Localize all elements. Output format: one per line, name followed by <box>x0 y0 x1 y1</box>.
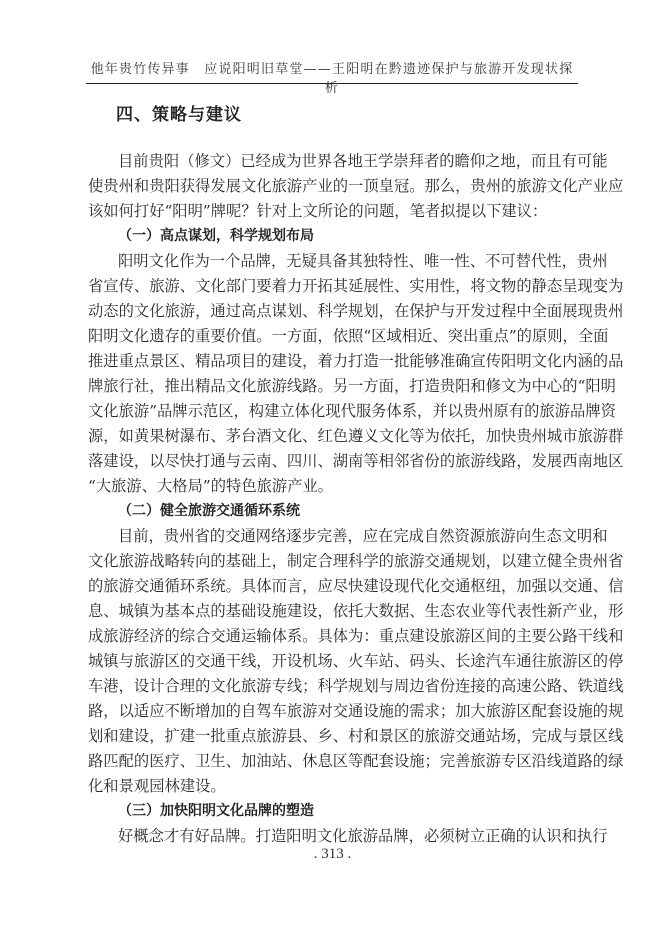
section-title: 四、策略与建议 <box>116 100 242 125</box>
paragraph-line: 源，如黄果树瀑布、茅台酒文化、红色遵义文化等为依托，加快贵州城市旅游群 <box>88 424 578 449</box>
paragraph-line: 文化旅游”品牌示范区，构建立体化现代服务体系，并以贵州原有的旅游品牌资 <box>88 399 578 424</box>
subsection-heading-3: （三）加快阳明文化品牌的塑造 <box>88 799 578 824</box>
paragraph-line: 车港，设计合理的文化旅游专线；科学规划与周边省份连接的高速公路、铁道线 <box>88 674 578 699</box>
paragraph-line: 目前贵阳（修文）已经成为世界各地王学崇拜者的瞻仰之地，而且有可能 <box>88 149 578 174</box>
paragraph-line: “大旅游、大格局”的特色旅游产业。 <box>88 474 578 499</box>
paragraph-line: 息、城镇为基本点的基础设施建设，依托大数据、生态农业等代表性新产业，形 <box>88 599 578 624</box>
subsection-heading-2: （二）健全旅游交通循环系统 <box>88 499 578 524</box>
header-divider <box>86 83 578 84</box>
paragraph-line: 阳明文化遗存的重要价值。一方面，依照“区域相近、突出重点”的原则，全面 <box>88 324 578 349</box>
paragraph-line: 使贵州和贵阳获得发展文化旅游产业的一顶皇冠。那么，贵州的旅游文化产业应 <box>88 174 578 199</box>
paragraph-line: 化和景观园林建设。 <box>88 774 578 799</box>
paragraph-line: 路匹配的医疗、卫生、加油站、休息区等配套设施；完善旅游专区沿线道路的绿 <box>88 749 578 774</box>
paragraph-line: 文化旅游战略转向的基础上，制定合理科学的旅游交通规划，以建立健全贵州省 <box>88 549 578 574</box>
paragraph-line: 成旅游经济的综合交通运输体系。具体为：重点建设旅游区间的主要公路干线和 <box>88 624 578 649</box>
paragraph-line: 路，以适应不断增加的自驾车旅游对交通设施的需求；加大旅游区配套设施的规 <box>88 699 578 724</box>
paragraph-line: 目前，贵州省的交通网络逐步完善，应在完成自然资源旅游向生态文明和 <box>88 524 578 549</box>
paragraph-line: 推进重点景区、精品项目的建设，着力打造一批能够准确宣传阳明文化内涵的品 <box>88 349 578 374</box>
running-header: 他年贵竹传异事 应说阳明旧草堂——王阳明在黔遗迹保护与旅游开发现状探析 <box>86 58 578 96</box>
page-number: . 313 . <box>0 846 665 863</box>
paragraph-line: 阳明文化作为一个品牌，无疑具备其独特性、唯一性、不可替代性，贵州 <box>88 249 578 274</box>
paragraph-line: 动态的文化旅游，通过高点谋划、科学规划，在保护与开发过程中全面展现贵州 <box>88 299 578 324</box>
paragraph-line: 牌旅行社，推出精品文化旅游线路。另一方面，打造贵阳和修文为中心的“阳明 <box>88 374 578 399</box>
paragraph-line: 该如何打好“阳明”牌呢？针对上文所论的问题，笔者拟提以下建议： <box>88 199 578 224</box>
body-text: 目前贵阳（修文）已经成为世界各地王学崇拜者的瞻仰之地，而且有可能 使贵州和贵阳获… <box>88 149 578 849</box>
paragraph-line: 的旅游交通循环系统。具体而言，应尽快建设现代化交通枢纽，加强以交通、信 <box>88 574 578 599</box>
paragraph-line: 划和建设，扩建一批重点旅游县、乡、村和景区的旅游交通站场，完成与景区线 <box>88 724 578 749</box>
paragraph-line: 省宣传、旅游、文化部门要着力开拓其延展性、实用性，将文物的静态呈现变为 <box>88 274 578 299</box>
subsection-heading-1: （一）高点谋划，科学规划布局 <box>88 224 578 249</box>
paragraph-line: 落建设，以尽快打通与云南、四川、湖南等相邻省份的旅游线路，发展西南地区 <box>88 449 578 474</box>
paragraph-line: 城镇与旅游区的交通干线，开设机场、火车站、码头、长途汽车通往旅游区的停 <box>88 649 578 674</box>
